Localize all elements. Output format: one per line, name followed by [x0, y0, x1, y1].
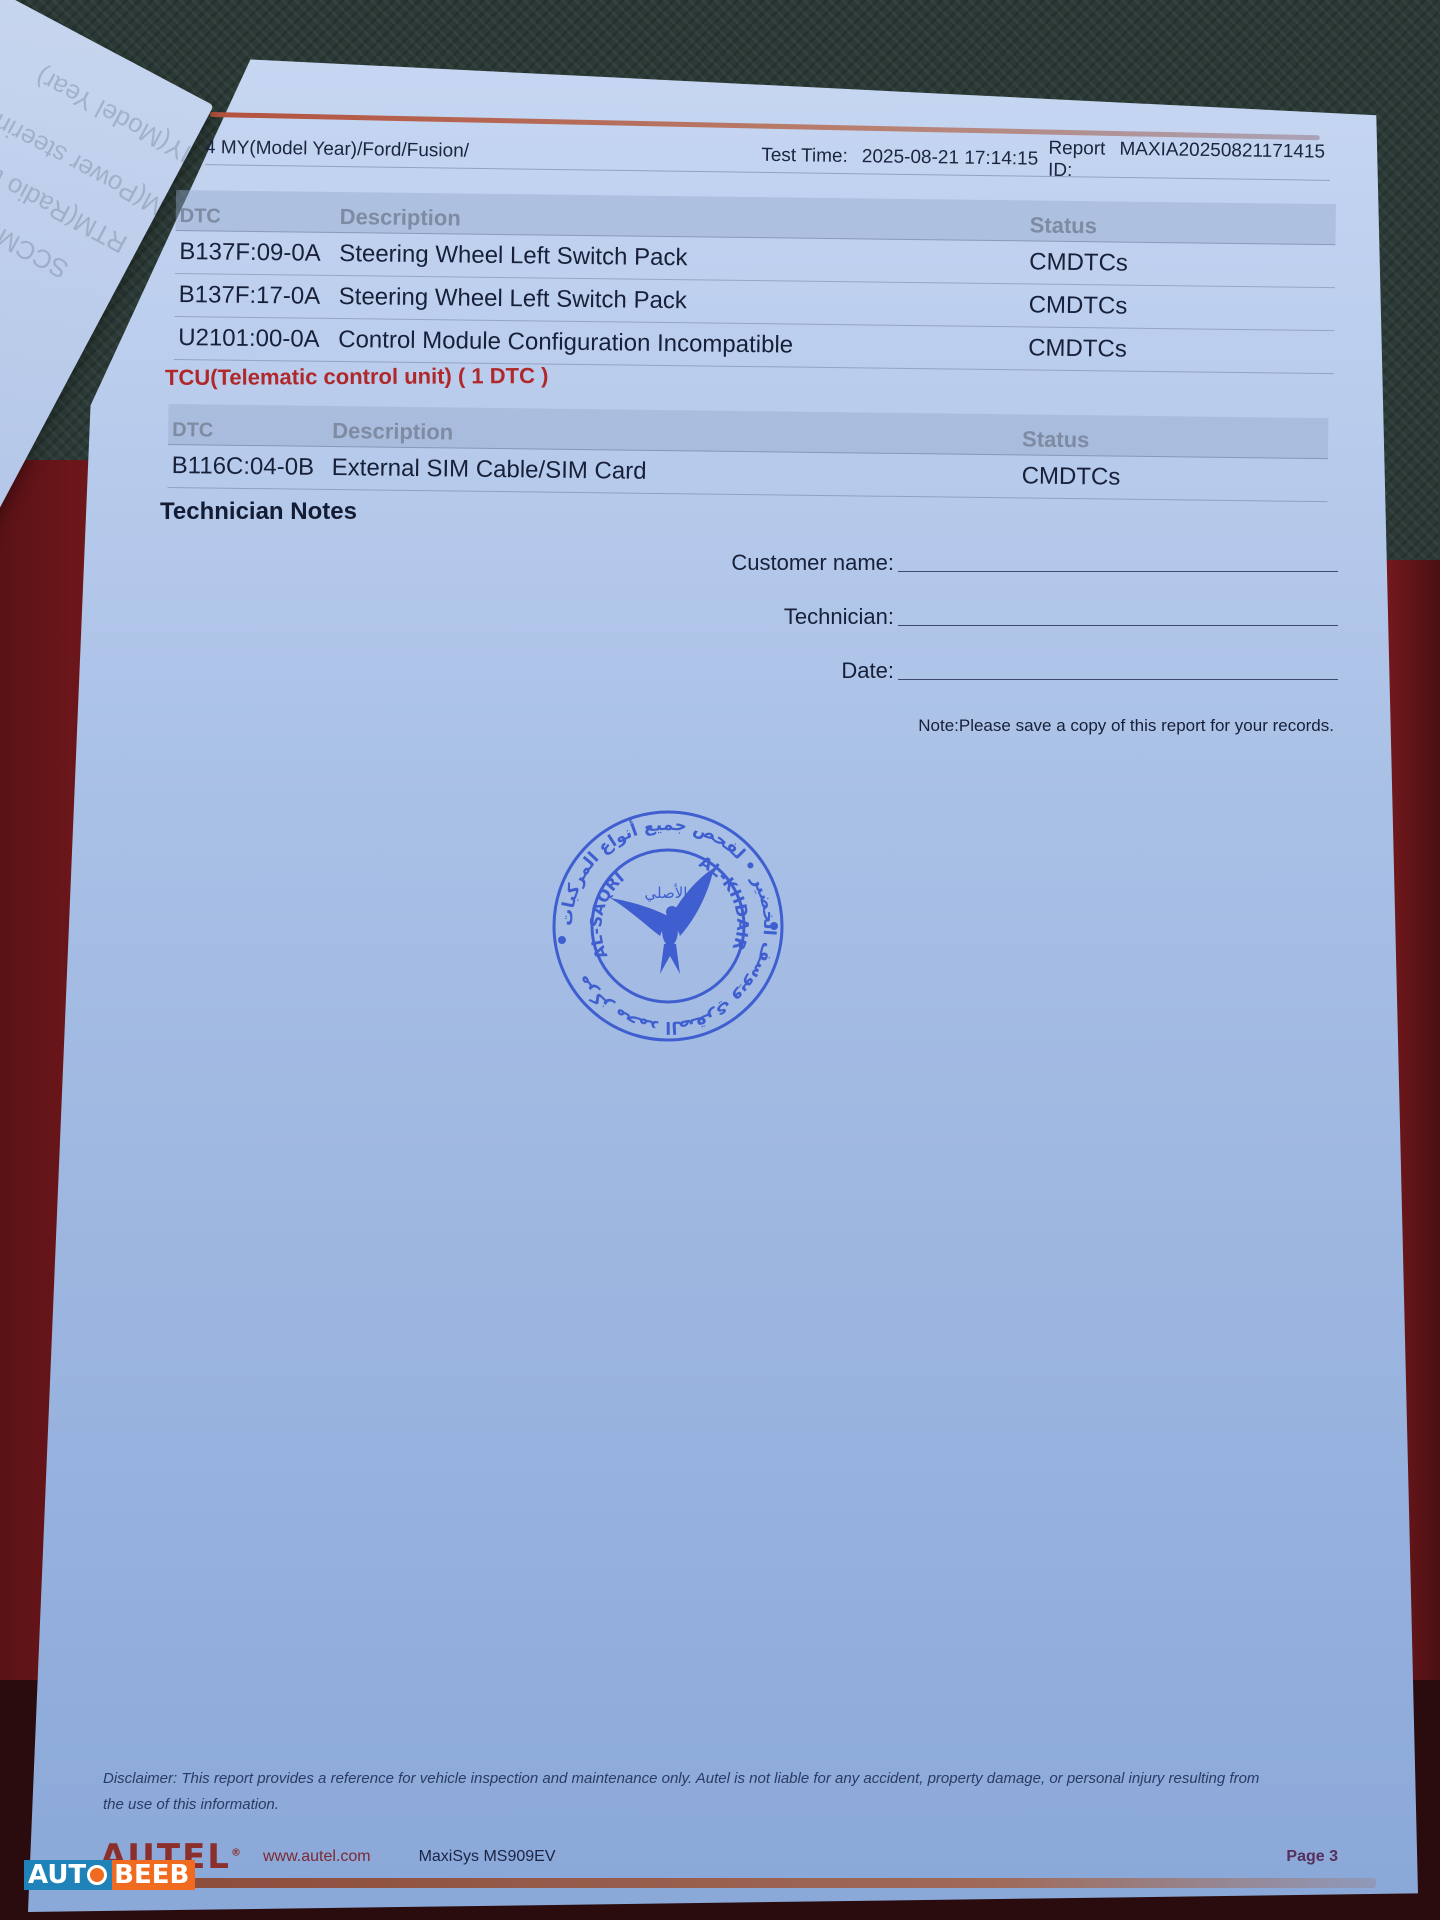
watermark-part-b: BEEB	[112, 1860, 195, 1890]
dtc-code: B116C:04-0B	[168, 452, 332, 482]
tcu-section-title: TCU(Telematic control unit) ( 1 DTC )	[165, 363, 549, 391]
report-footer: AUTEL® www.autel.com MaxiSys MS909EV Pag…	[100, 1842, 1390, 1872]
test-time-value: 2025-08-21 17:14:15	[862, 146, 1039, 170]
dtc-status: CMDTCs	[1028, 334, 1328, 366]
stamp-seal-icon: مركز محمد الصقري ويوسف الخضير • لفحص جمي…	[548, 806, 788, 1046]
dtc-description: Control Module Configuration Incompatibl…	[338, 326, 1028, 362]
dtc-status: CMDTCs	[1022, 462, 1322, 494]
technician-label: Technician:	[784, 604, 894, 630]
col-status-header: Status	[1022, 426, 1322, 456]
autel-url[interactable]: www.autel.com	[263, 1848, 371, 1866]
dtc-table-1: DTC Description Status B137F:09-0A Steer…	[174, 190, 1336, 374]
page-number: Page 3	[1286, 1848, 1338, 1866]
date-field[interactable]: Date:	[841, 658, 1338, 684]
dtc-code: B137F:17-0A	[175, 281, 339, 311]
save-copy-note: Note:Please save a copy of this report f…	[918, 716, 1334, 736]
customer-name-label: Customer name:	[731, 550, 894, 576]
footer-accent-rule	[96, 1878, 1376, 1888]
customer-name-line[interactable]	[898, 571, 1338, 572]
disclaimer: Disclaimer: This report provides a refer…	[103, 1766, 1263, 1818]
col-dtc-header: DTC	[176, 205, 340, 230]
test-time: Test Time: 2025-08-21 17:14:15	[761, 145, 1048, 171]
dtc-code: B137F:09-0A	[175, 238, 339, 268]
test-time-label: Test Time:	[761, 145, 848, 168]
technician-field[interactable]: Technician:	[784, 604, 1338, 630]
technician-notes-title: Technician Notes	[160, 498, 357, 526]
technician-line[interactable]	[898, 625, 1338, 626]
autobeeb-watermark: AUT BEEB	[24, 1860, 195, 1890]
dtc-status: CMDTCs	[1029, 291, 1329, 323]
company-stamp: مركز محمد الصقري ويوسف الخضير • لفحص جمي…	[548, 806, 788, 1046]
dtc-code: U2101:00-0A	[174, 324, 338, 354]
col-status-header: Status	[1030, 212, 1330, 242]
date-line[interactable]	[898, 679, 1338, 680]
customer-name-field[interactable]: Customer name:	[731, 550, 1338, 576]
report-content: 4 MY(Model Year)/Ford/Fusion/ Test Time:…	[0, 0, 1440, 1920]
col-description-header: Description	[332, 418, 1022, 452]
watermark-part-a: AUT	[24, 1860, 112, 1890]
stamp-inner-arabic: الأصلي	[645, 883, 688, 903]
date-label: Date:	[841, 658, 894, 684]
dtc-table-2: DTC Description Status B116C:04-0B Exter…	[167, 404, 1328, 502]
device-model: MaxiSys MS909EV	[419, 1848, 556, 1866]
dtc-description: Steering Wheel Left Switch Pack	[339, 283, 1029, 319]
col-description-header: Description	[340, 204, 1030, 238]
dtc-description: Steering Wheel Left Switch Pack	[339, 240, 1029, 276]
dtc-status: CMDTCs	[1029, 248, 1329, 280]
gear-icon	[87, 1865, 107, 1885]
dtc-description: External SIM Cable/SIM Card	[332, 454, 1022, 490]
vehicle-path: 4 MY(Model Year)/Ford/Fusion/	[205, 137, 547, 164]
col-dtc-header: DTC	[168, 419, 332, 444]
